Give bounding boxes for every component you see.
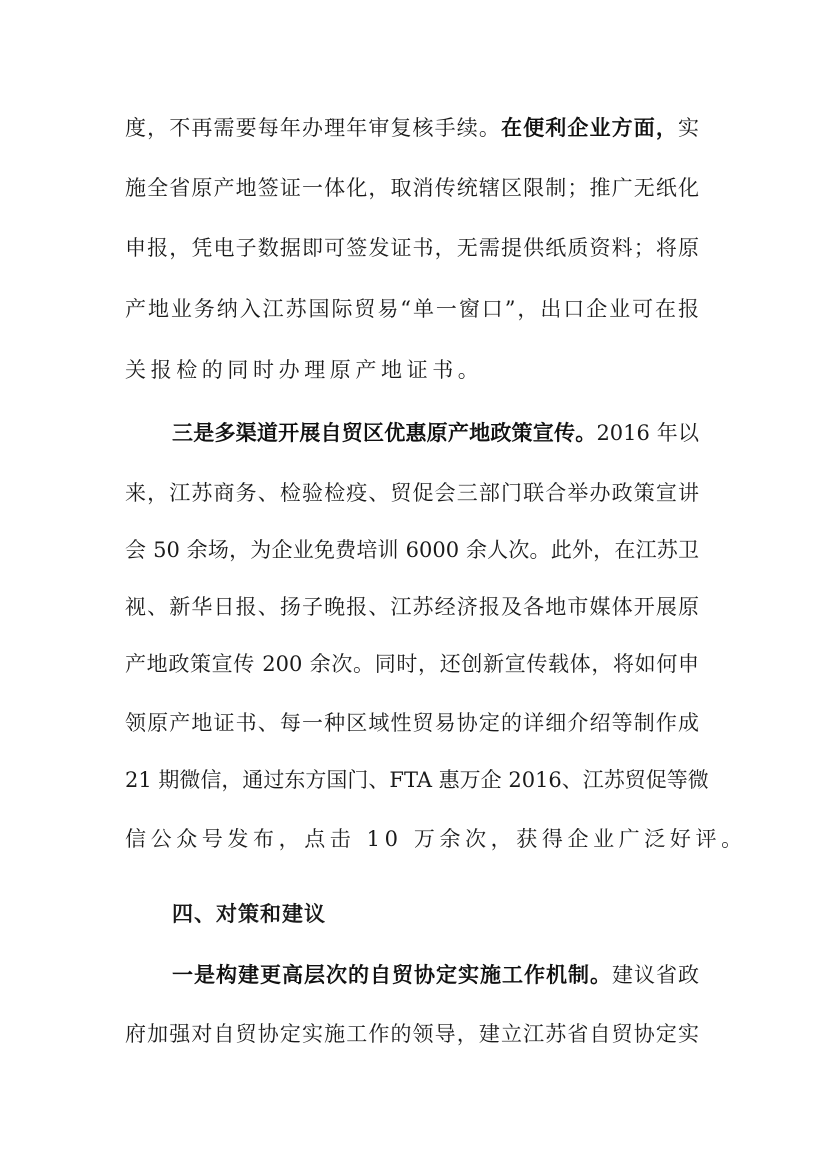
text-line: 视、新华日报、扬子晚报、江苏经济报及各地市媒体开展原 xyxy=(125,592,699,622)
text-line: 会 50 余场，为企业免费培训 6000 余人次。此外，在江苏卫 xyxy=(125,535,699,565)
body-text: 2016 年以 xyxy=(596,421,699,445)
bold-lead-text: 三是多渠道开展自贸区优惠原产地政策宣传。 xyxy=(172,420,596,445)
body-text: 度，不再需要每年办理年审复核手续。 xyxy=(125,116,501,140)
text-line: 施全省原产地签证一体化，取消传统辖区限制；推广无纸化 xyxy=(125,173,699,203)
text-line: 府加强对自贸协定实施工作的领导，建立江苏省自贸协定实 xyxy=(125,1019,699,1049)
bold-lead-text: 在便利企业方面， xyxy=(501,115,678,140)
text-line: 信公众号发布，点击 10 万余次，获得企业广泛好评。 xyxy=(125,824,699,854)
bold-lead-text: 一是构建更高层次的自贸协定实施工作机制。 xyxy=(172,962,612,987)
text-line: 产地政策宣传 200 余次。同时，还创新宣传载体，将如何申 xyxy=(125,649,699,679)
text-line: 产地业务纳入江苏国际贸易“单一窗口”，出口企业可在报 xyxy=(125,294,699,324)
text-line: 一是构建更高层次的自贸协定实施工作机制。建议省政 xyxy=(172,960,699,990)
text-line: 21 期微信，通过东方国门、FTA 惠万企 2016、江苏贸促等微 xyxy=(125,765,699,795)
document-page: 度，不再需要每年办理年审复核手续。在便利企业方面，实 施全省原产地签证一体化，取… xyxy=(0,0,827,1169)
text-line: 来，江苏商务、检验检疫、贸促会三部门联合举办政策宣讲 xyxy=(125,478,699,508)
text-line: 三是多渠道开展自贸区优惠原产地政策宣传。2016 年以 xyxy=(172,418,699,448)
text-line: 关报检的同时办理原产地证书。 xyxy=(125,355,699,385)
body-text: 建议省政 xyxy=(612,963,699,987)
text-line: 度，不再需要每年办理年审复核手续。在便利企业方面，实 xyxy=(125,113,699,143)
section-heading: 四、对策和建议 xyxy=(172,899,699,929)
body-text: 实 xyxy=(678,116,699,140)
text-line: 申报，凭电子数据即可签发证书，无需提供纸质资料；将原 xyxy=(125,233,699,263)
text-line: 领原产地证书、每一种区域性贸易协定的详细介绍等制作成 xyxy=(125,708,699,738)
